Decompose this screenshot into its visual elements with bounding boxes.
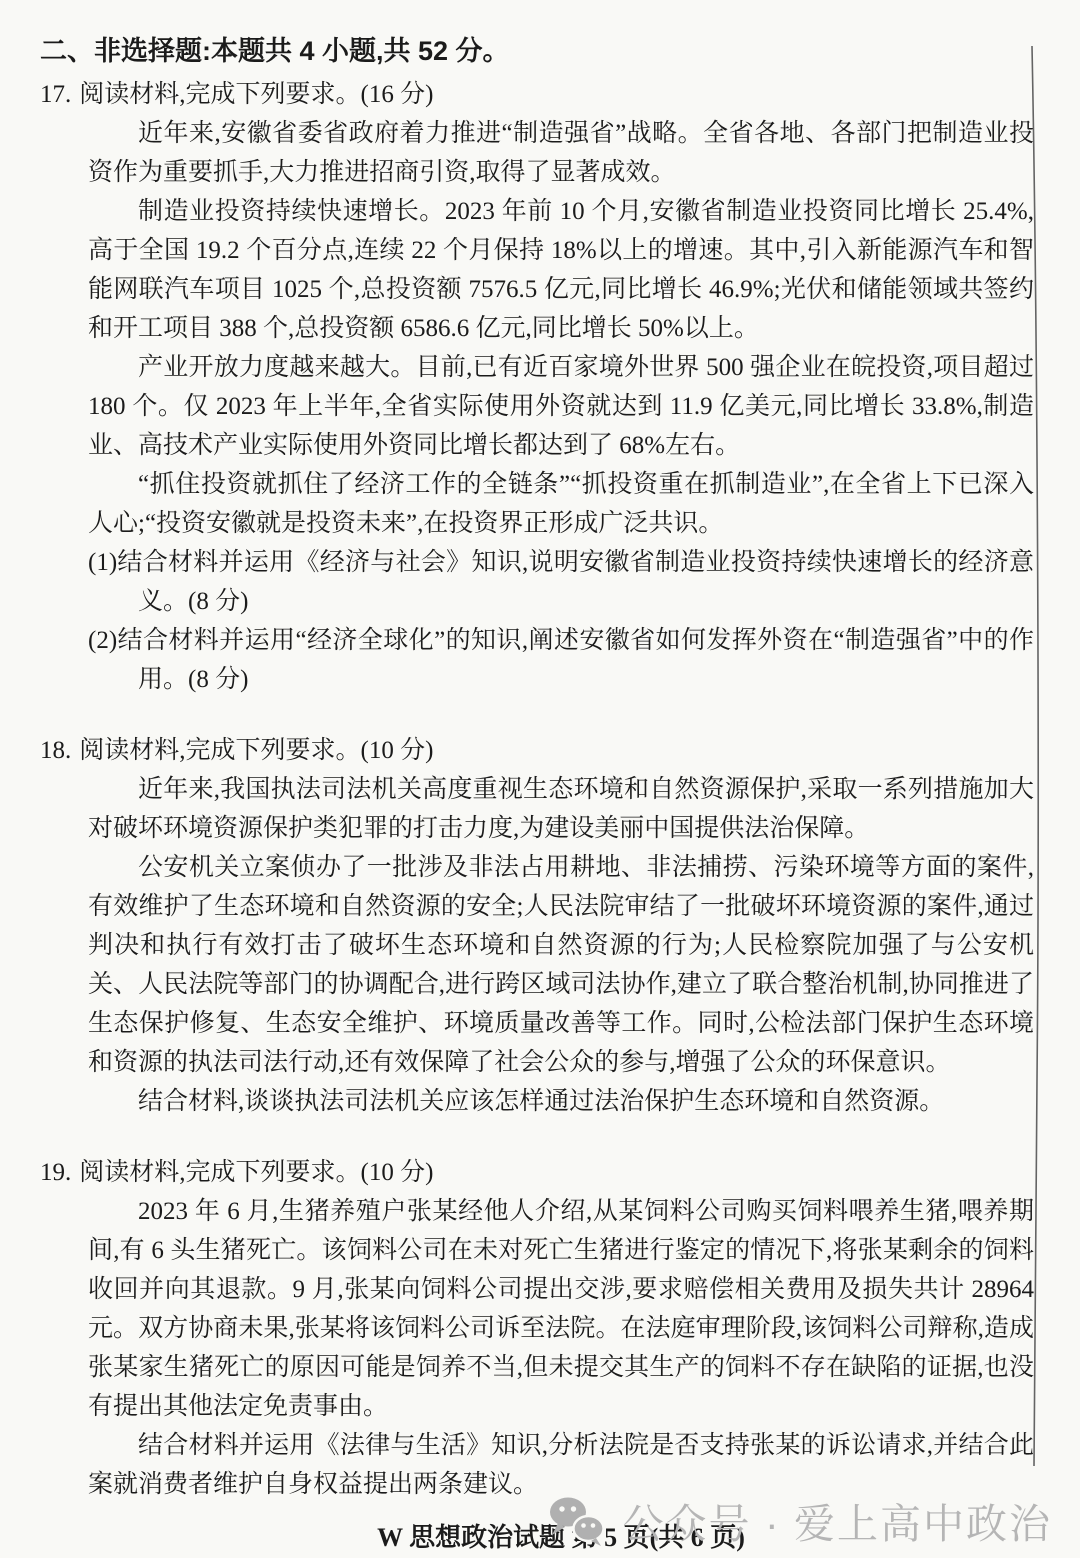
question-heading-text: 阅读材料,完成下列要求。(16 分)	[79, 81, 433, 108]
material-paragraph: 2023 年 6 月,生猪养殖户张某经他人介绍,从某饲料公司购买饲料喂养生猪,喂…	[88, 1192, 1034, 1426]
exam-content: 二、非选择题:本题共 4 小题,共 52 分。 17.阅读材料,完成下列要求。(…	[0, 0, 1080, 1557]
question-19: 19.阅读材料,完成下列要求。(10 分) 2023 年 6 月,生猪养殖户张某…	[88, 1153, 1034, 1504]
question-17-heading: 17.阅读材料,完成下列要求。(16 分)	[40, 75, 1034, 114]
question-18-heading: 18.阅读材料,完成下列要求。(10 分)	[40, 731, 1034, 770]
subquestion-2: (2)结合材料并运用“经济全球化”的知识,阐述安徽省如何发挥外资在“制造强省”中…	[88, 621, 1034, 699]
material-paragraph: “抓住投资就抓住了经济工作的全链条”“抓投资重在抓制造业”,在全省上下已深入人心…	[88, 465, 1034, 543]
section-header: 二、非选择题:本题共 4 小题,共 52 分。	[40, 32, 1034, 71]
question-number: 18.	[40, 737, 71, 764]
subquestion-1: (1)结合材料并运用《经济与社会》知识,说明安徽省制造业投资持续快速增长的经济意…	[88, 543, 1034, 621]
watermark: 公众号 · 爱上高中政治	[547, 1491, 1052, 1550]
question-18: 18.阅读材料,完成下列要求。(10 分) 近年来,我国执法司法机关高度重视生态…	[88, 731, 1034, 1121]
question-heading-text: 阅读材料,完成下列要求。(10 分)	[79, 737, 433, 764]
exam-page: 二、非选择题:本题共 4 小题,共 52 分。 17.阅读材料,完成下列要求。(…	[0, 0, 1080, 1558]
material-paragraph: 近年来,我国执法司法机关高度重视生态环境和自然资源保护,采取一系列措施加大对破坏…	[88, 770, 1034, 848]
wechat-icon	[547, 1495, 607, 1547]
material-paragraph: 近年来,安徽省委省政府着力推进“制造强省”战略。全省各地、各部门把制造业投资作为…	[88, 114, 1034, 192]
material-paragraph: 公安机关立案侦办了一批涉及非法占用耕地、非法捕捞、污染环境等方面的案件,有效维护…	[88, 848, 1034, 1082]
question-number: 19.	[40, 1159, 71, 1186]
question-19-heading: 19.阅读材料,完成下列要求。(10 分)	[40, 1153, 1034, 1192]
question-heading-text: 阅读材料,完成下列要求。(10 分)	[79, 1159, 433, 1186]
watermark-text: 公众号 · 爱上高中政治	[623, 1491, 1052, 1550]
material-paragraph: 产业开放力度越来越大。目前,已有近百家境外世界 500 强企业在皖投资,项目超过…	[88, 348, 1034, 465]
question-number: 17.	[40, 81, 71, 108]
material-paragraph: 制造业投资持续快速增长。2023 年前 10 个月,安徽省制造业投资同比增长 2…	[88, 192, 1034, 348]
question-17: 17.阅读材料,完成下列要求。(16 分) 近年来,安徽省委省政府着力推进“制造…	[88, 75, 1034, 699]
question-task: 结合材料,谈谈执法司法机关应该怎样通过法治保护生态环境和自然资源。	[88, 1082, 1034, 1121]
